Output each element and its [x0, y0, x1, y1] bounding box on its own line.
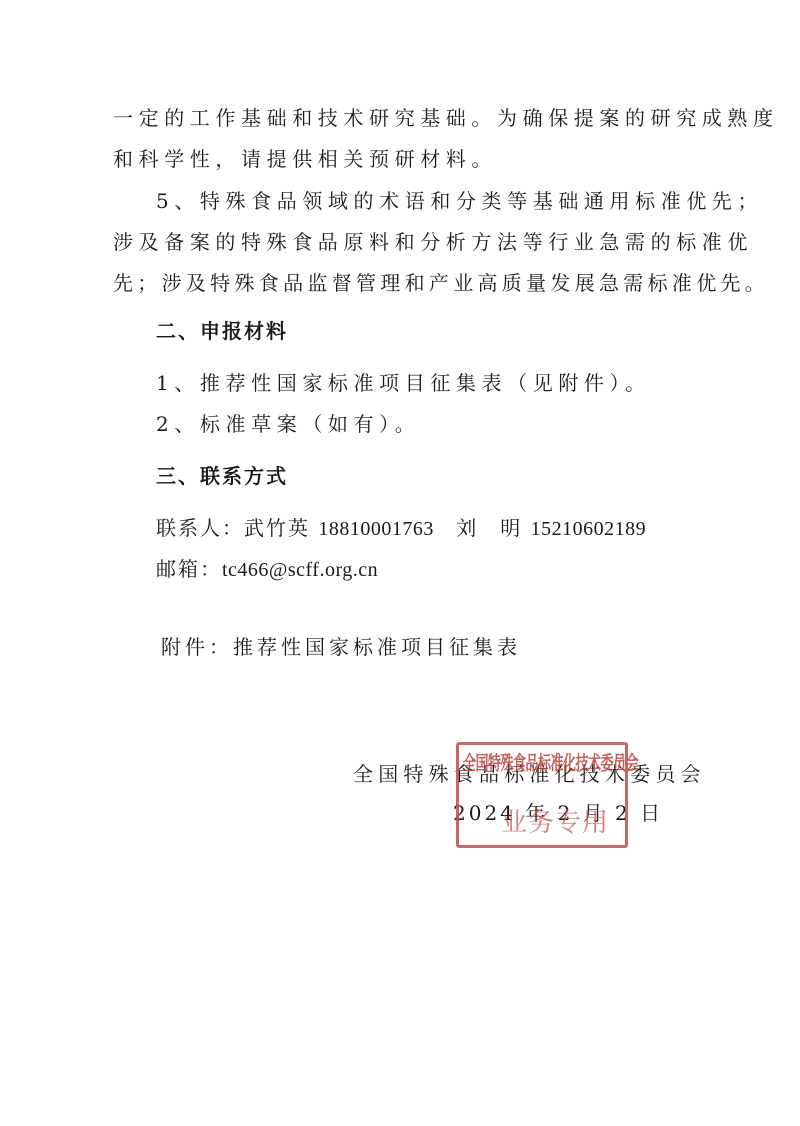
- contact-line: 联系人：武竹英 18810001763 刘 明 15210602189: [156, 515, 646, 542]
- material-item: 2、标准草案（如有）。: [156, 411, 420, 437]
- contact-label: 联系人：: [156, 516, 244, 540]
- material-item: 1、推荐性国家标准项目征集表（见附件）。: [156, 370, 651, 396]
- contact-name: 刘 明: [456, 516, 522, 540]
- contact-phone: 15210602189: [531, 518, 647, 540]
- item-5-line: 涉及备案的特殊食品原料和分析方法等行业急需的标准优: [113, 229, 753, 255]
- section-2-heading: 二、申报材料: [156, 318, 288, 344]
- official-stamp: 全国特殊食品标准化技术委员会 业务专用: [456, 742, 628, 848]
- email-link[interactable]: tc466@scff.org.cn: [222, 559, 378, 581]
- attachment-line: 附件：推荐性国家标准项目征集表: [161, 634, 521, 660]
- contact-phone: 18810001763: [318, 518, 434, 540]
- stamp-bottom-text: 业务专用: [501, 802, 609, 839]
- paragraph-line: 和科学性，请提供相关预研材料。: [113, 146, 497, 172]
- stamp-top-text: 全国特殊食品标准化技术委员会: [463, 747, 621, 776]
- item-5-line: 5、特殊食品领域的术语和分类等基础通用标准优先；: [156, 188, 763, 214]
- email-label: 邮箱：: [156, 557, 222, 581]
- item-5-line: 先；涉及特殊食品监督管理和产业高质量发展急需标准优先。: [113, 270, 769, 296]
- attachment-label: 附件：: [161, 635, 233, 659]
- contact-name: 武竹英: [244, 516, 310, 540]
- section-3-heading: 三、联系方式: [156, 463, 288, 489]
- paragraph-line: 一定的工作基础和技术研究基础。为确保提案的研究成熟度: [113, 105, 779, 131]
- email-line: 邮箱：tc466@scff.org.cn: [156, 556, 378, 583]
- attachment-title: 推荐性国家标准项目征集表: [233, 635, 521, 659]
